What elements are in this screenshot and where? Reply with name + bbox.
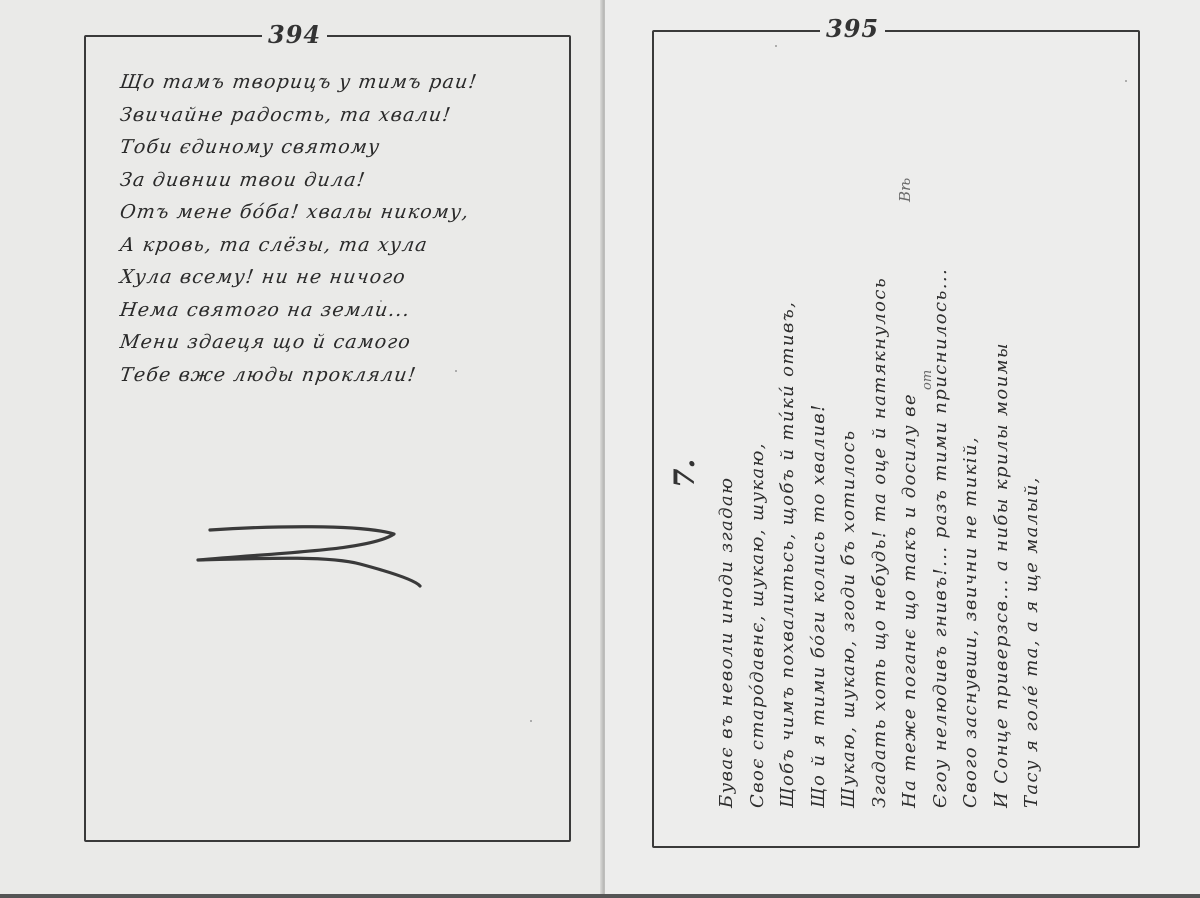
verse-line: Шукаю, шукаю, згоди бъ хотилось [834,48,865,808]
verse-line: И Сонце приверзсв... а нибы крилы моимы [987,48,1018,808]
verse-line: На теже поганє що такъ и досилу ве [895,48,926,808]
verse-line: Звичайне радость, та хвали! [118,99,573,132]
paper-speck [530,720,532,722]
poem-number: 7. [668,459,701,488]
pencil-annotation: Вѣ [896,178,914,202]
verse-line: Буває въ неволи иноди згадаю [712,48,743,808]
rotated-verse-lines: Буває въ неволи иноди згадаю Своє старо́… [712,48,1048,808]
end-flourish-icon [190,500,430,590]
paper-speck [1125,80,1127,82]
paper-speck [380,300,382,302]
verse-line: Тебе вже люды прокляли! [118,359,573,392]
pencil-annotation: от [920,370,935,390]
verse-line: За дивнии твои дилa! [118,164,573,197]
verse-line: Що й я тими бо́ги колись то хвалив! [804,48,835,808]
verse-line: Єгоу нелюдивъ гнивъ!... разъ тими присни… [926,48,957,808]
verse-line: Що тамъ творицъ у тимъ раи! [118,66,573,99]
verse-line: Тасу я голе́ та, а я ще малый, [1017,48,1048,808]
paper-speck [455,370,457,372]
paper-speck [775,45,777,47]
verse-line: Згадать хоть що небудь! та оце й натякну… [865,48,896,808]
left-verse-block: Що тамъ творицъ у тимъ раи! Звичайне рад… [120,66,570,391]
verse-line: Хула всему! ни не ничого [118,261,573,294]
verse-line: Нема святого на земли... [118,294,573,327]
left-page-number: 394 [262,20,327,49]
verse-line: Щобъ чимъ похвалитьсь, щобъ й ти́ки́ оти… [773,48,804,808]
left-page: 394 Що тамъ творицъ у тимъ раи! Звичайне… [0,0,603,895]
verse-line: Тоби єдиному святому [118,131,573,164]
verse-line: Отъ мене бо́ба! хвалы никому, [118,196,573,229]
verse-line: А кровь, та слёзы, та хула [118,229,573,262]
verse-line: Своє старо́давнє, шукаю, шукаю, [743,48,774,808]
verse-line: Свого заснувши, звични не тикій, [956,48,987,808]
page-bottom-edge [0,894,1200,898]
manuscript-spread: 394 Що тамъ творицъ у тимъ раи! Звичайне… [0,0,1200,898]
verse-line: Мени здаеця що й самого [118,326,573,359]
right-page-number: 395 [820,14,885,43]
